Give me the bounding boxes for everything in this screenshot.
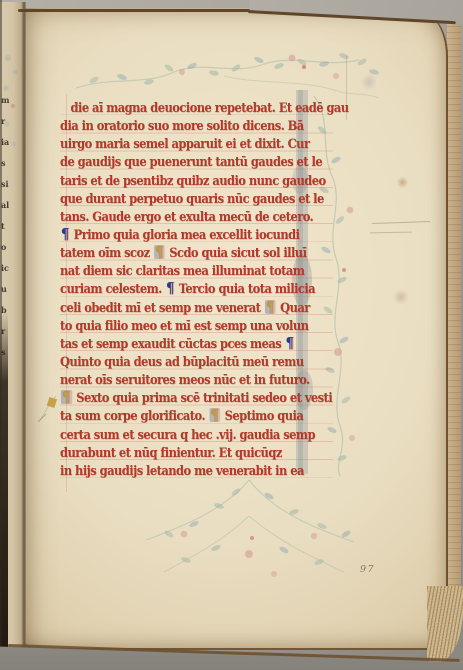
manuscript-line: ¶ Sexto quia prima scē trinitati sedeo e… [60,388,333,406]
manuscript-line: die aī magna deuocione repetebat. Et ead… [60,98,333,116]
manuscript-line: de gaudijs que puenerunt tantū gaudes et… [60,152,333,170]
facing-text-fragment: al [1,195,17,216]
manuscript-page: die aī magna deuocione repetebat. Et ead… [24,8,448,650]
page-top-edge [18,9,250,12]
manuscript-line: to quia filio meo et mī est semp una vol… [60,316,333,334]
manuscript-text-segment: die aī magna deuocione repetebat. Et ead… [71,101,349,116]
folio-number: 97 [360,564,375,575]
facing-text-fragment: t [1,216,17,237]
stain-spot [397,176,408,189]
manuscript-photo: mriassialtoicubrs [0,0,463,670]
scratch-mark [370,232,412,234]
floral-border-bottom [124,476,379,591]
manuscript-text-segment: tas et semp exaudit cūctas pces meas [60,337,285,352]
gutter-fold [22,2,26,652]
manuscript-text-segment: tatem oīm scoz [60,246,153,261]
gold-pilcrow-mark-icon: ¶ [61,390,72,404]
manuscript-line: certa sum et secura q hec .vij. gaudia s… [60,425,333,443]
manuscript-text-segment: nerat oīs seruitores meos nūc et in futu… [60,373,310,388]
manuscript-text-segment: Quar [277,301,310,316]
manuscript-line: tas et semp exaudit cūctas pces meas ¶ [60,334,333,352]
blue-pilcrow-mark-icon: ¶ [166,281,174,295]
manuscript-text-segment: Scdo quia sicut sol illuī [166,246,307,261]
scratch-mark [372,221,430,224]
manuscript-line: taris et de psentibz quibz audio nunc ga… [60,171,333,189]
manuscript-line: nerat oīs seruitores meos nūc et in futu… [60,370,333,388]
gold-pilcrow-mark-icon: ¶ [154,245,165,259]
floral-border-top [74,46,384,101]
manuscript-text-segment: dia in oratorio suo more solito dicens. … [60,119,304,134]
manuscript-text-segment: Tercio quia tota milicia [175,282,315,297]
manuscript-line: in hijs gaudijs letando me venerabit in … [60,461,333,479]
manuscript-line: uirgo maria semel apparuit ei et dixit. … [60,134,333,152]
manuscript-text-segment: Primo quia gloria mea excellit iocundi [70,228,299,243]
facing-text-fragment: r [1,111,17,132]
manuscript-text-segment: uirgo maria semel apparuit ei et dixit. … [60,137,309,152]
facing-text-fragment: o [1,237,17,258]
manuscript-text-segment: que durant perpetuo quaris nūc gaudes et… [60,192,324,207]
stain-spot [392,290,410,304]
manuscript-text-segment: Sexto quia prima scē trinitati sedeo et … [73,391,332,406]
manuscript-text-segment: celi obedit mī et semp me venerat [60,301,264,316]
manuscript-line: celi obedit mī et semp me venerat ¶ Quar [60,298,333,316]
manuscript-text-segment: taris et de psentibz quibz audio nunc ga… [60,174,326,189]
fore-edge-pages [447,20,461,600]
manuscript-text-segment: de gaudijs que puenerunt tantū gaudes et… [60,155,322,170]
facing-text-fragment: s [1,153,17,174]
manuscript-line: curiam celestem. ¶ Tercio quia tota mili… [60,279,333,297]
manuscript-line: Quinto quia deus ad būplacitū meū remu [60,352,333,370]
manuscript-text-segment: curiam celestem. [60,282,165,297]
facing-text-fragment: ia [1,132,17,153]
manuscript-text-segment: in hijs gaudijs letando me venerabit in … [60,464,304,479]
manuscript-text-segment: tans. Gaude ergo et exulta mecū de ceter… [60,210,313,225]
facing-text-fragment: ic [1,258,17,279]
manuscript-line: nat diem sic claritas mea illuminat tota… [60,261,333,279]
manuscript-text-segment: Septimo quia [221,409,303,424]
facing-text-fragment: m [1,90,17,111]
manuscript-text-segment: nat diem sic claritas mea illuminat tota… [60,264,304,279]
gold-pilcrow-mark-icon: ¶ [209,408,220,422]
manuscript-line: que durant perpetuo quaris nūc gaudes et… [60,189,333,207]
margin-gold-sprig-icon [36,390,62,424]
manuscript-line: ta sum corpe glorificato. ¶ Septimo quia [60,406,333,424]
manuscript-text-segment: durabunt et nūq finientur. Et quicūqz [60,446,282,461]
blue-pilcrow-mark-icon: ¶ [286,336,294,350]
manuscript-line: tans. Gaude ergo et exulta mecū de ceter… [60,207,333,225]
text-block: die aī magna deuocione repetebat. Et ead… [60,98,333,479]
manuscript-text-segment: Quinto quia deus ad būplacitū meū remu [60,355,304,370]
manuscript-text-segment: ta sum corpe glorificato. [60,409,208,424]
manuscript-line: tatem oīm scoz ¶ Scdo quia sicut sol ill… [60,243,333,261]
manuscript-line: dia in oratorio suo more solito dicens. … [60,116,333,134]
facing-text-fragment: si [1,174,17,195]
blue-pilcrow-mark-icon: ¶ [61,227,69,241]
gold-pilcrow-mark-icon: ¶ [265,300,276,314]
manuscript-line: durabunt et nūq finientur. Et quicūqz [60,443,333,461]
manuscript-text-segment: to quia filio meo et mī est semp una vol… [60,319,308,334]
stain-smudge [362,72,376,92]
manuscript-text-segment: certa sum et secura q hec .vij. gaudia s… [60,428,315,443]
binding-edge [0,0,2,670]
manuscript-line: ¶ Primo quia gloria mea excellit iocundi [60,225,333,243]
facing-text-fragment: u [1,279,17,300]
corner-page-stack [427,586,463,662]
